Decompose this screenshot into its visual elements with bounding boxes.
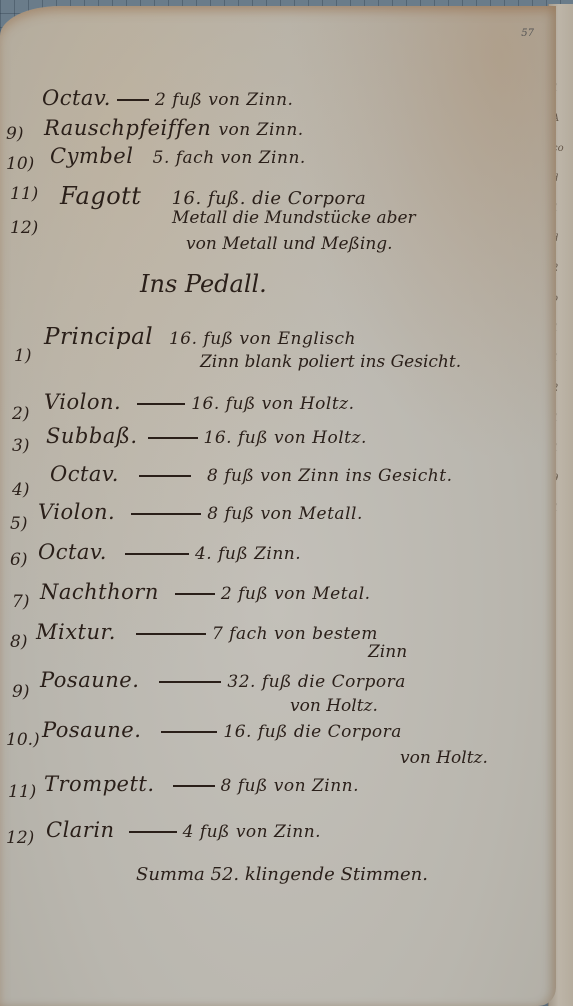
stop-name: Nachthorn — [40, 580, 159, 604]
manual-line-2: Cymbel 5. fach von Zinn. — [50, 144, 306, 168]
stop-name: Rauschpfeiffen — [44, 116, 211, 140]
manuscript-page: 57 Octav.2 fuß von Zinn. 9) Rauschpfeiff… — [0, 6, 556, 1006]
stop-number: 10) — [6, 154, 34, 174]
stop-spec: 16. fuß von Englisch — [169, 329, 356, 349]
stop-spec: 8 fuß von Metall. — [207, 504, 363, 524]
pedal-stop-9-spec2: von Holtz. — [290, 696, 378, 716]
stop-spec: 4 fuß von Zinn. — [183, 822, 321, 842]
stop-spec: 2 fuß von Zinn. — [155, 90, 293, 110]
stop-name: Cymbel — [50, 144, 133, 168]
pedal-stop-11: Trompett.8 fuß von Zinn. — [44, 772, 359, 796]
stop-name: Posaune. — [40, 668, 139, 692]
manual-line-5: von Metall und Meßing. — [186, 234, 393, 254]
stop-spec: von Zinn. — [218, 120, 303, 140]
stop-spec: 16. fuß von Holtz. — [204, 428, 367, 448]
stop-spec: 16. fuß. die Corpora — [172, 188, 367, 209]
stop-name: Mixtur. — [36, 620, 116, 644]
stop-number: 2) — [12, 404, 29, 424]
pedal-stop-1-spec2: Zinn blank poliert ins Gesicht. — [200, 352, 461, 372]
stop-spec: 8 fuß von Zinn ins Gesicht. — [207, 466, 452, 486]
pedal-stop-6: Octav.4. fuß Zinn. — [38, 540, 301, 564]
manual-line-4: Metall die Mundstücke aber — [172, 208, 416, 228]
stop-number: 4) — [12, 480, 29, 500]
stop-spec: 16. fuß die Corpora — [223, 722, 401, 742]
stop-spec: 4. fuß Zinn. — [195, 544, 301, 564]
stop-number: 9) — [12, 682, 29, 702]
stop-spec: 32. fuß die Corpora — [227, 672, 405, 692]
stop-number: 12) — [6, 828, 34, 848]
stop-name: Principal — [44, 324, 153, 350]
pedal-stop-8: Mixtur.7 fach von bestem — [36, 620, 378, 644]
pedal-stop-3: Subbaß.16. fuß von Holtz. — [46, 424, 367, 448]
stop-name: Octav. — [38, 540, 107, 564]
stop-number: 11) — [8, 782, 36, 802]
pedal-stop-4: Octav.8 fuß von Zinn ins Gesicht. — [50, 462, 452, 486]
manual-line-1: Rauschpfeiffen von Zinn. — [44, 116, 304, 140]
stop-name: Fagott — [60, 182, 141, 210]
pedal-stop-2: Violon.16. fuß von Holtz. — [44, 390, 355, 414]
stop-number: 11) — [10, 184, 38, 204]
stop-name: Violon. — [38, 500, 115, 524]
stop-name: Violon. — [44, 390, 121, 414]
pedal-stop-9: Posaune.32. fuß die Corpora — [40, 668, 406, 692]
pedal-stop-7: Nachthorn2 fuß von Metal. — [40, 580, 371, 604]
stop-number: 7) — [12, 592, 29, 612]
stop-name: Subbaß. — [46, 424, 138, 448]
stop-spec: 8 fuß von Zinn. — [221, 776, 359, 796]
stop-name: Clarin — [46, 818, 115, 842]
stop-number: 12) — [10, 218, 38, 238]
folio-number: 57 — [521, 28, 534, 39]
pedal-stop-8-spec2: Zinn — [368, 642, 407, 662]
stop-number: 8) — [10, 632, 27, 652]
pedal-stop-5: Violon.8 fuß von Metall. — [38, 500, 363, 524]
stop-number: 1) — [14, 346, 31, 366]
stop-number: 9) — [6, 124, 23, 144]
stop-spec: 16. fuß von Holtz. — [191, 394, 354, 414]
stop-name: Trompett. — [44, 772, 155, 796]
stop-number: 6) — [10, 550, 27, 570]
pedal-stop-10: Posaune.16. fuß die Corpora — [42, 718, 402, 742]
stop-number: 10.) — [6, 730, 40, 750]
stop-name: Octav. — [42, 86, 111, 110]
stop-spec: 5. fach von Zinn. — [153, 148, 306, 168]
manual-line-0: Octav.2 fuß von Zinn. — [42, 86, 293, 110]
pedal-stop-12: Clarin4 fuß von Zinn. — [46, 818, 321, 842]
pedal-heading: Ins Pedall. — [140, 270, 267, 298]
stop-name: Octav. — [50, 462, 119, 486]
manual-line-3: Fagott 16. fuß. die Corpora — [60, 182, 366, 210]
stop-spec: 7 fach von bestem — [212, 624, 378, 644]
pedal-stop-10-spec2: von Holtz. — [400, 748, 488, 768]
stop-name: Posaune. — [42, 718, 141, 742]
pedal-stop-1: Principal 16. fuß von Englisch — [44, 324, 356, 350]
summa-total: Summa 52. klingende Stimmen. — [136, 864, 428, 885]
stop-spec: 2 fuß von Metal. — [221, 584, 371, 604]
stop-number: 5) — [10, 514, 27, 534]
stop-number: 3) — [12, 436, 29, 456]
